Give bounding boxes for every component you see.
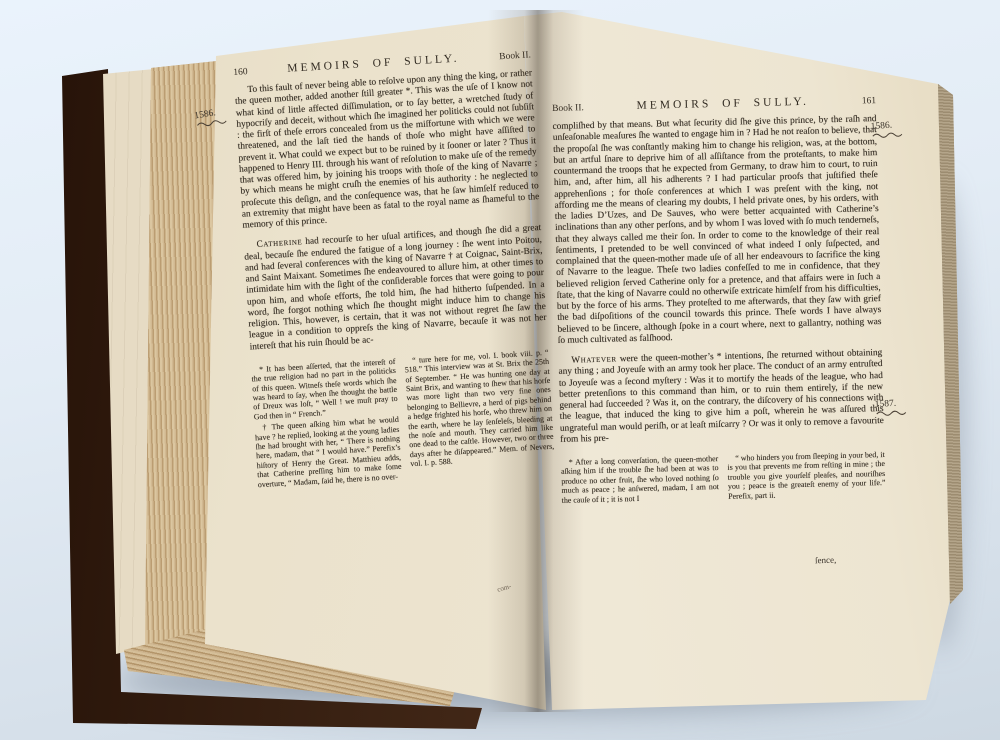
left-header-book: Book II. [499,50,531,62]
right-paragraph-2: Whateverwere the queen-mother’s * intent… [558,348,884,446]
left-page-content: 160 MEMOIRS OF SULLY. Book II. To this f… [233,48,556,491]
left-paragraph-2: Catherinehad recourſe to her uſual artif… [243,223,547,353]
margin-year-right-top-label: 1586. [870,121,892,132]
left-footnote-col2: “ ture here for me, vol. I. book viii. p… [404,348,556,483]
book-photograph: 160 MEMOIRS OF SULLY. Book II. To this f… [0,0,1000,740]
left-paragraph-1: To this fault of never being able to reſ… [234,68,540,232]
margin-year-right-top: 1586. [870,120,903,140]
footnote-after-conversation: * After a long converſation, the queen-m… [561,454,720,505]
footnote-asterisk: * It has been aſſerted, that the intereſ… [251,357,399,422]
left-page-number: 160 [233,67,248,78]
margin-year-right-mid-label: 1587. [875,399,897,410]
right-catchword: ſence, [815,555,837,566]
footnote-dagger: † The queen aſking him what he would hav… [254,415,402,489]
right-page-number: 161 [862,96,876,106]
footnote-continuation: “ ture here for me, vol. I. book viii. p… [404,348,555,469]
right-header-book: Book II. [552,103,584,114]
left-footnotes: * It has been aſſerted, that the intereſ… [251,348,556,492]
right-footnote-col2: “ who hinders you from ſleeping in your … [727,450,886,503]
right-page-content: Book II. MEMOIRS OF SULLY. 161 compliſhe… [552,94,886,507]
right-footnote-col1: * After a long converſation, the queen-m… [561,454,720,507]
right-paragraph-1: compliſhed by that means. But what ſecur… [552,114,881,347]
margin-year-right-mid: 1587. [875,398,908,418]
footnote-who-hinders: “ who hinders you from ſleeping in your … [727,450,886,501]
left-footnote-col1: * It has been aſſerted, that the intereſ… [251,357,403,492]
lead-word-whatever: Whatever [571,354,617,365]
right-footnotes: * After a long converſation, the queen-m… [561,450,886,507]
